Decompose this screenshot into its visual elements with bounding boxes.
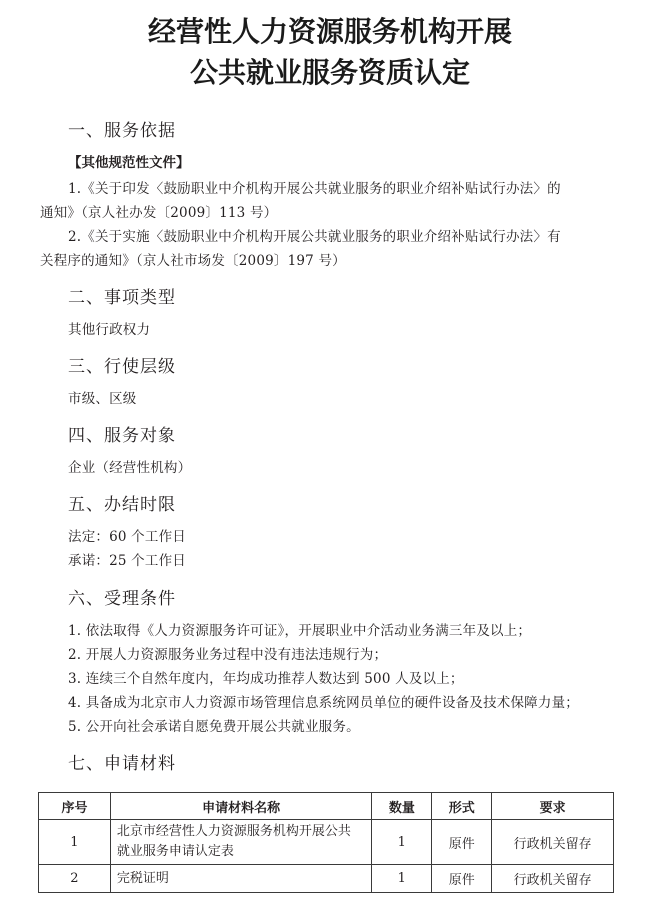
column-header-form: 形式 [432,793,492,820]
section-heading-materials: 七、申请材料 [68,749,176,774]
cell-requirement: 行政机关留存 [492,820,614,865]
cell-requirement: 行政机关留存 [492,865,614,893]
document-title-line-2: 公共就业服务资质认定 [0,51,660,91]
table-row: 2 完税证明 1 原件 行政机关留存 [39,865,614,893]
section-heading-level: 三、行使层级 [68,352,176,377]
column-header-name: 申请材料名称 [110,793,371,820]
condition-item-5: 5. 公开向社会承诺自愿免费开展公共就业服务。 [68,715,360,735]
column-header-requirement: 要求 [492,793,614,820]
level-text: 市级、区级 [68,387,137,407]
cell-name-line-2: 就业服务申请认定表 [117,842,365,862]
cell-no: 2 [39,865,111,893]
type-text: 其他行政权力 [68,318,150,338]
basis-item-1-line-2: 通知》（京人社办发〔2009〕113 号） [40,201,277,221]
cell-quantity: 1 [372,865,432,893]
cell-quantity: 1 [372,820,432,865]
condition-item-4: 4. 具备成为北京市人力资源市场管理信息系统网员单位的硬件设备及技术保障力量； [68,691,579,711]
column-header-quantity: 数量 [372,793,432,820]
cell-name-line-1: 北京市经营性人力资源服务机构开展公共 [117,822,365,842]
materials-table: 序号 申请材料名称 数量 形式 要求 1 北京市经营性人力资源服务机构开展公共 … [38,792,614,893]
basis-item-1-line-1: 1.《关于印发〈鼓励职业中介机构开展公共就业服务的职业介绍补贴试行办法〉的 [68,177,561,197]
target-text: 企业（经营性机构） [68,456,191,476]
section-heading-target: 四、服务对象 [68,421,176,446]
subheading-other-normative-docs: 【其他规范性文件】 [68,151,190,171]
time-limit-promised: 承诺：25 个工作日 [68,549,186,569]
section-heading-conditions: 六、受理条件 [68,584,176,609]
table-row: 1 北京市经营性人力资源服务机构开展公共 就业服务申请认定表 1 原件 行政机关… [39,820,614,865]
basis-item-2-line-1: 2.《关于实施〈鼓励职业中介机构开展公共就业服务的职业介绍补贴试行办法〉有 [68,225,561,245]
time-limit-statutory: 法定：60 个工作日 [68,525,186,545]
condition-item-2: 2. 开展人力资源服务业务过程中没有违法违规行为； [68,643,387,663]
section-heading-type: 二、事项类型 [68,283,176,308]
cell-form: 原件 [432,865,492,893]
cell-name: 北京市经营性人力资源服务机构开展公共 就业服务申请认定表 [110,820,371,865]
column-header-no: 序号 [39,793,111,820]
cell-form: 原件 [432,820,492,865]
section-heading-basis: 一、服务依据 [68,116,176,141]
section-heading-time-limit: 五、办结时限 [68,490,176,515]
document-title-line-1: 经营性人力资源服务机构开展 [0,10,660,50]
cell-no: 1 [39,820,111,865]
table-header-row: 序号 申请材料名称 数量 形式 要求 [39,793,614,820]
basis-item-2-line-2: 关程序的通知》（京人社市场发〔2009〕197 号） [40,249,346,269]
cell-name: 完税证明 [110,865,371,893]
condition-item-1: 1. 依法取得《人力资源服务许可证》，开展职业中介活动业务满三年及以上； [68,619,531,639]
condition-item-3: 3. 连续三个自然年度内，年均成功推荐人数达到 500 人及以上； [68,667,464,687]
